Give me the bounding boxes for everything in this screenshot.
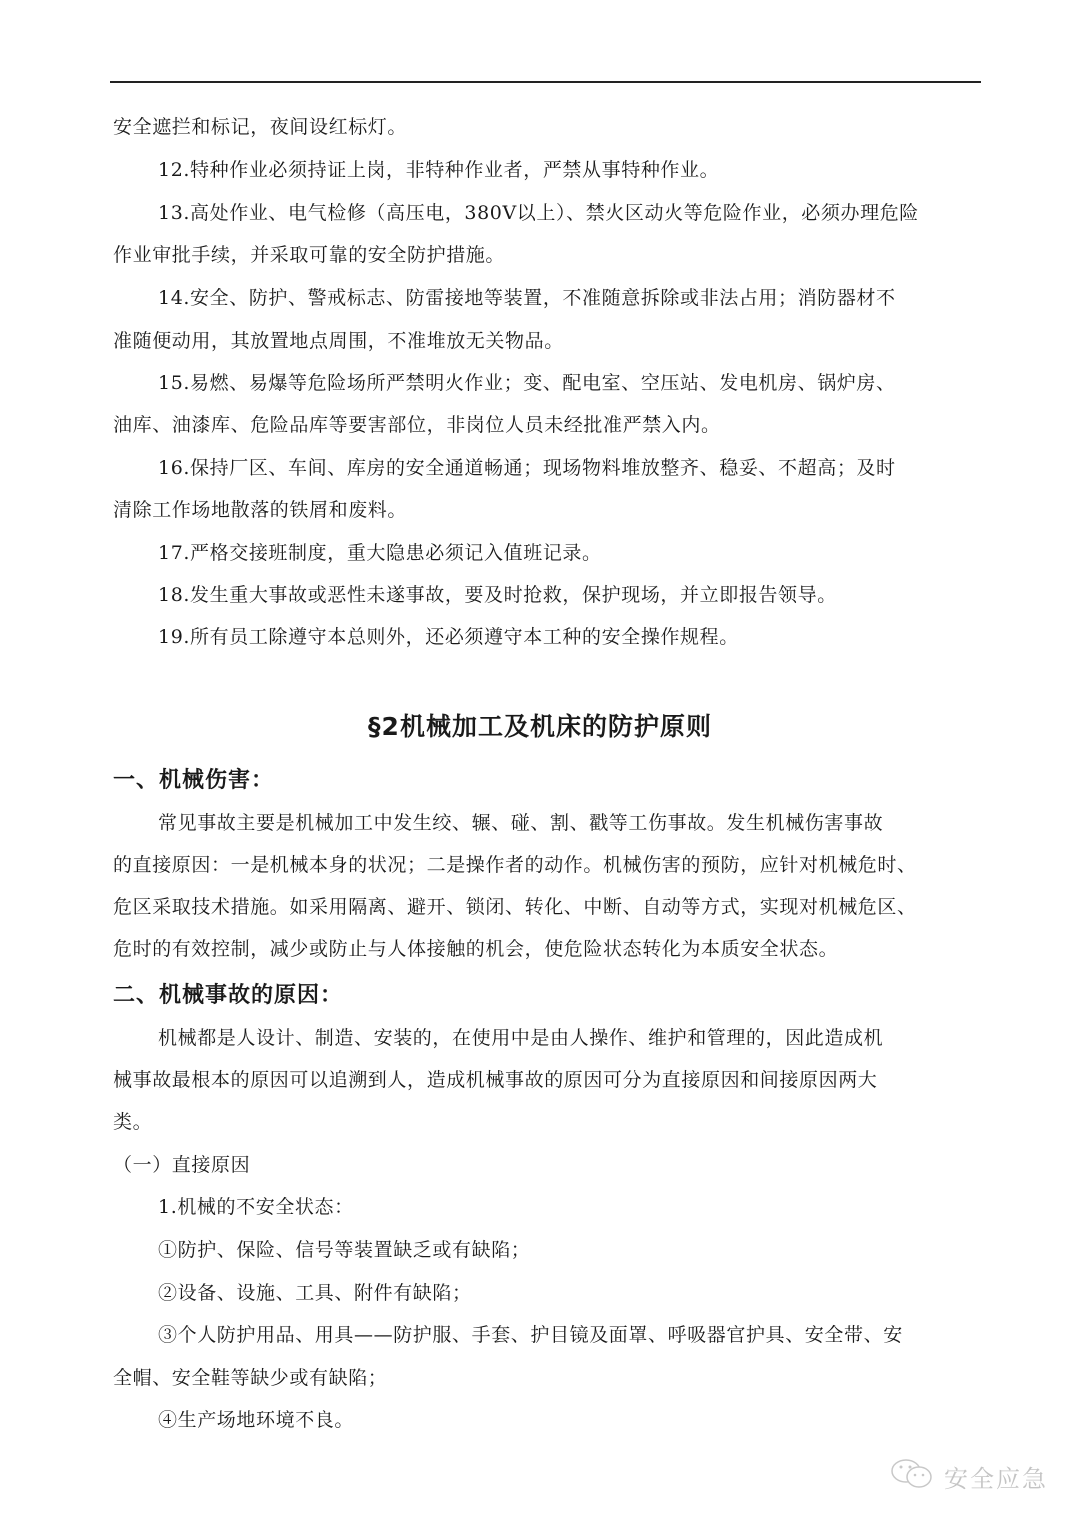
text-line: 19.所有员工除遵守本总则外，还必须遵守本工种的安全操作规程。 (158, 625, 739, 649)
watermark: 安全应急 (890, 1458, 1048, 1494)
text-line: ④生产场地环境不良。 (158, 1408, 354, 1432)
text-line: 的直接原因：一是机械本身的状况；二是操作者的动作。机械伤害的预防，应针对机械危时… (113, 853, 917, 877)
section-title: §2机械加工及机床的防护原则 (0, 707, 1080, 743)
text-line: 作业审批手续，并采取可靠的安全防护措施。 (113, 243, 505, 267)
text-line: 危时的有效控制，减少或防止与人体接触的机会，使危险状态转化为本质安全状态。 (113, 937, 838, 961)
header-rule (110, 81, 981, 83)
text-line: 18.发生重大事故或恶性未遂事故，要及时抢救，保护现场，并立即报告领导。 (158, 583, 837, 607)
text-line: 15.易燃、易爆等危险场所严禁明火作业；变、配电室、空压站、发电机房、锅炉房、 (158, 371, 896, 395)
heading-mechanical-injury: 一、机械伤害： (113, 763, 274, 794)
text-line: ③个人防护用品、用具——防护服、手套、护目镜及面罩、呼吸器官护具、安全带、安 (158, 1323, 903, 1347)
text-line: 常见事故主要是机械加工中发生绞、辗、碰、割、戳等工伤事故。发生机械伤害事故 (158, 811, 883, 835)
text-line: 准随便动用，其放置地点周围，不准堆放无关物品。 (113, 329, 564, 353)
text-line: 全帽、安全鞋等缺少或有缺陷； (113, 1366, 387, 1390)
text-line: 17.严格交接班制度，重大隐患必须记入值班记录。 (158, 541, 602, 565)
text-line: 类。 (113, 1110, 152, 1134)
text-line: 机械都是人设计、制造、安装的，在使用中是由人操作、维护和管理的，因此造成机 (158, 1026, 883, 1050)
text-line: 清除工作场地散落的铁屑和废料。 (113, 498, 407, 522)
text-line: 危区采取技术措施。如采用隔离、避开、锁闭、转化、中断、自动等方式，实现对机械危区… (113, 895, 917, 919)
text-line: 油库、油漆库、危险品库等要害部位，非岗位人员未经批准严禁入内。 (113, 413, 721, 437)
watermark-text: 安全应急 (944, 1459, 1048, 1494)
text-line: （一）直接原因 (113, 1153, 250, 1177)
text-line: 12.特种作业必须持证上岗，非特种作业者，严禁从事特种作业。 (158, 158, 719, 182)
text-line: ①防护、保险、信号等装置缺乏或有缺陷； (158, 1238, 530, 1262)
text-line: 安全遮拦和标记，夜间设红标灯。 (113, 115, 407, 139)
text-line: 1.机械的不安全状态： (158, 1195, 354, 1219)
text-line: 16.保持厂区、车间、库房的安全通道畅通；现场物料堆放整齐、稳妥、不超高；及时 (158, 456, 896, 480)
text-line: ②设备、设施、工具、附件有缺陷； (158, 1281, 472, 1305)
text-line: 13.高处作业、电气检修（高压电，380V以上）、禁火区动火等危险作业，必须办理… (158, 201, 919, 225)
text-line: 14.安全、防护、警戒标志、防雷接地等装置，不准随意拆除或非法占用；消防器材不 (158, 286, 896, 310)
heading-accident-causes: 二、机械事故的原因： (113, 978, 343, 1009)
wechat-icon (890, 1458, 936, 1494)
text-line: 械事故最根本的原因可以追溯到人，造成机械事故的原因可分为直接原因和间接原因两大 (113, 1068, 877, 1092)
